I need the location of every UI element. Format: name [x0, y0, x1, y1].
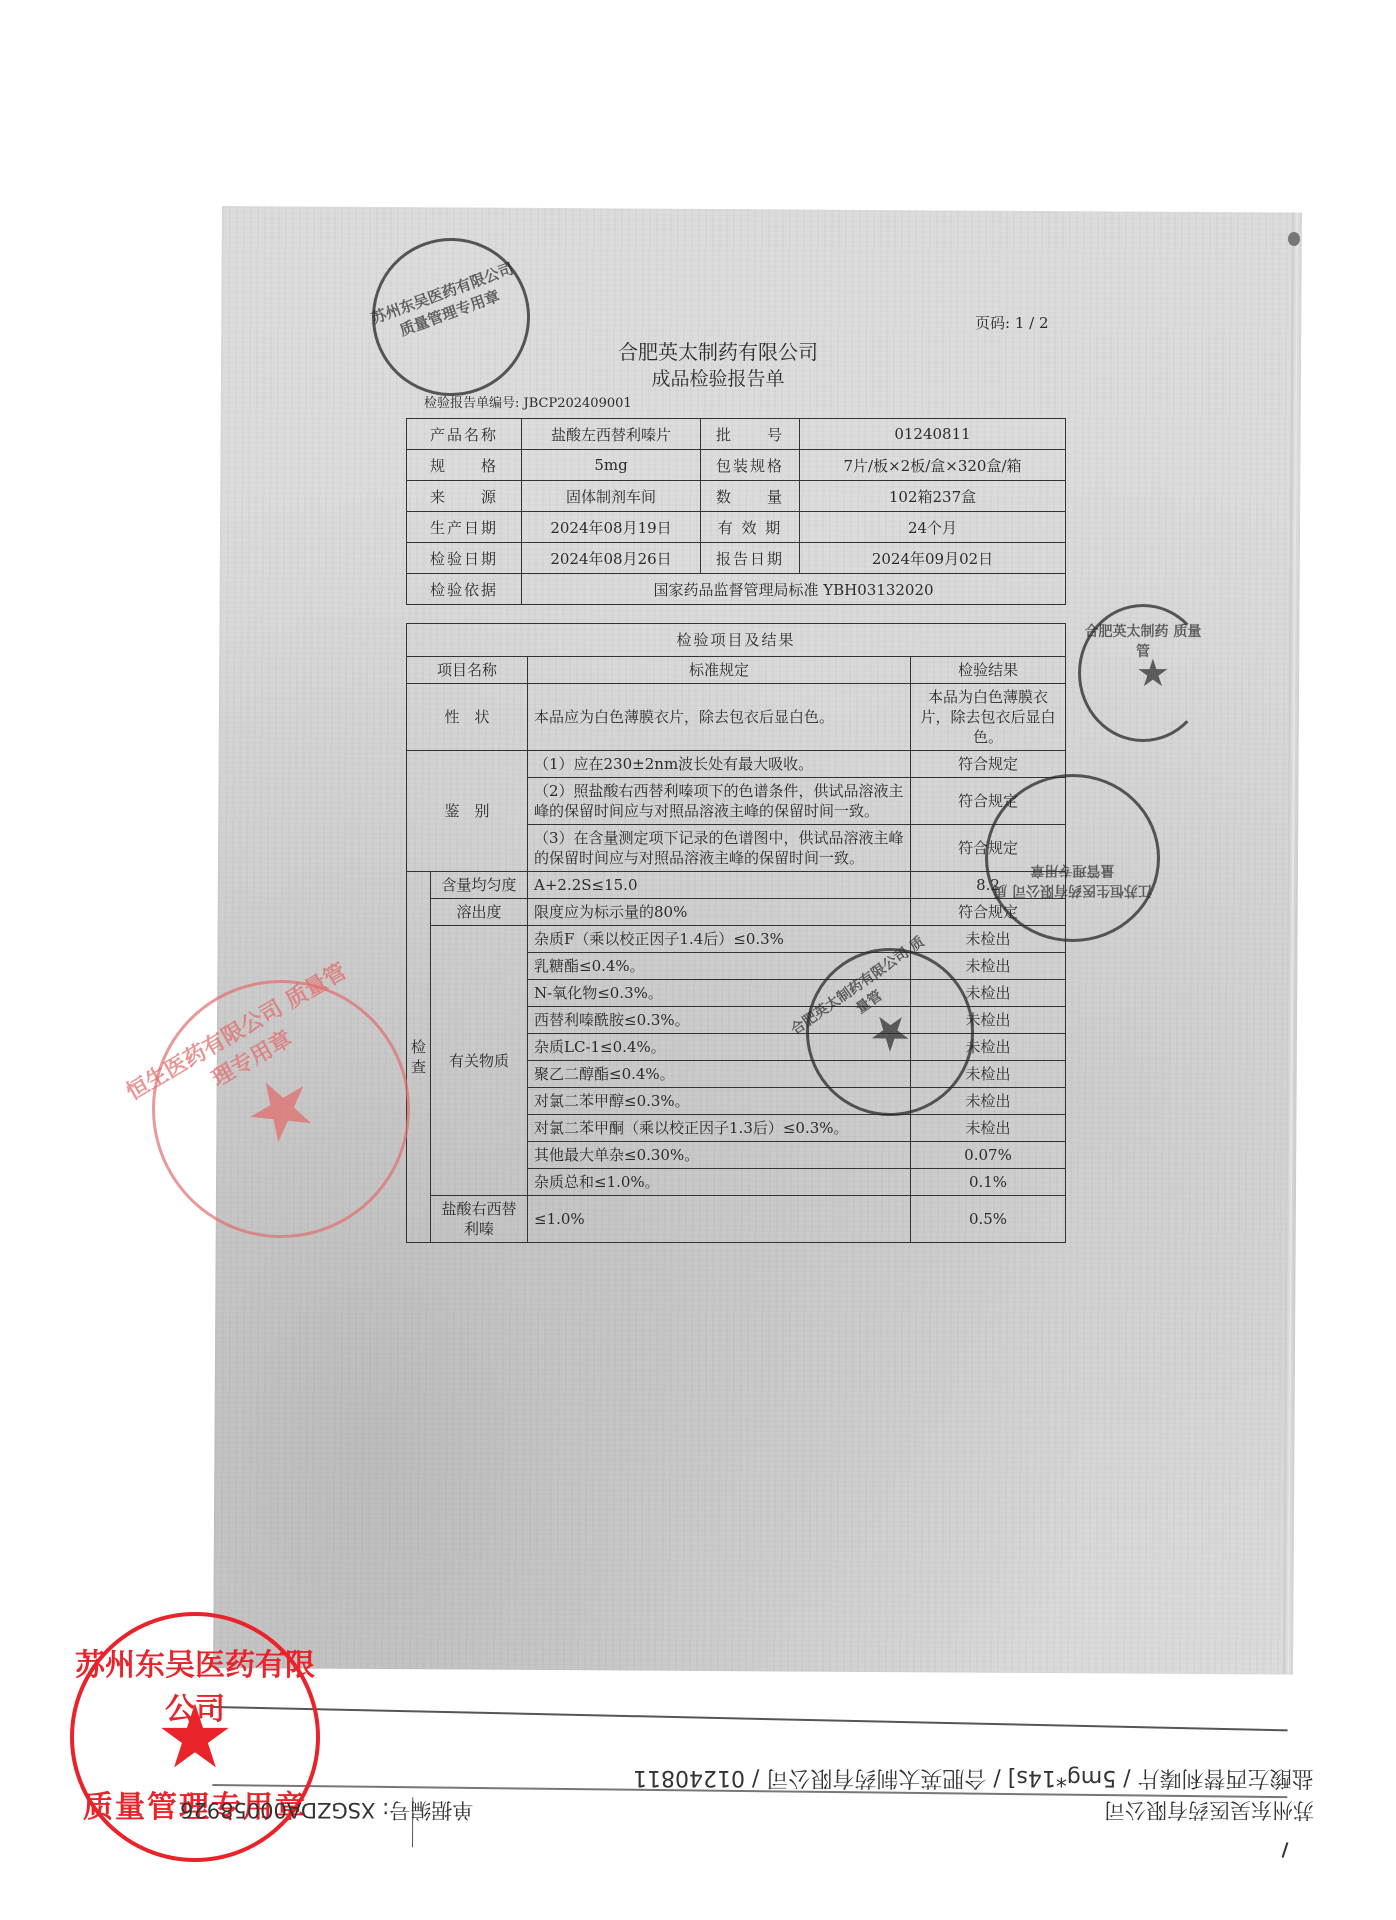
footer-company: 苏州东吴医药有限公司 — [1104, 1796, 1314, 1826]
standard: 限度应为标示量的80% — [528, 899, 911, 926]
company-name: 合肥英太制药有限公司 — [0, 336, 1396, 365]
info-value: 01240811 — [800, 419, 1066, 450]
section-title: 检验项目及结果 — [407, 624, 1066, 657]
info-label: 产品名称 — [407, 419, 522, 450]
scan-spot — [1288, 232, 1300, 246]
result: 0.5% — [911, 1196, 1066, 1243]
info-label: 有 效 期 — [701, 512, 800, 543]
standard: 对氯二苯甲酮（乘以校正因子1.3后）≤0.3%。 — [528, 1115, 911, 1142]
info-value: 盐酸左西替利嗪片 — [522, 419, 701, 450]
result: 本品为白色薄膜衣片，除去包衣后显白色。 — [911, 684, 1066, 751]
info-value: 2024年09月02日 — [800, 543, 1066, 574]
result: 0.1% — [911, 1169, 1066, 1196]
col-header-item: 项目名称 — [407, 657, 528, 684]
basis-value: 国家药品监督管理局标准 YBH03132020 — [522, 574, 1066, 605]
footer-doc-number: 单据编号: XSGZDA00058926 — [180, 1796, 473, 1826]
result: 0.07% — [911, 1142, 1066, 1169]
info-value: 固体制剂车间 — [522, 481, 701, 512]
info-row: 检验日期2024年08月26日报告日期2024年09月02日 — [407, 543, 1066, 574]
info-row: 规 格5mg包装规格7片/板×2板/盒×320盒/箱 — [407, 450, 1066, 481]
test-results-table: 检验项目及结果项目名称标准规定检验结果性 状本品应为白色薄膜衣片，除去包衣后显白… — [406, 623, 1066, 1243]
fold-line — [213, 1706, 1288, 1731]
check-label: 检查 — [407, 872, 431, 1243]
stamp-right-1: ★ 合肥英太制药 质量管 — [1078, 604, 1208, 742]
info-value: 7片/板×2板/盒×320盒/箱 — [800, 450, 1066, 481]
item-name: 性 状 — [407, 684, 528, 751]
item-name: 溶出度 — [430, 899, 527, 926]
info-value: 2024年08月19日 — [522, 512, 701, 543]
info-label: 检验日期 — [407, 543, 522, 574]
result: 符合规定 — [911, 751, 1066, 778]
standard: 本品应为白色薄膜衣片，除去包衣后显白色。 — [528, 684, 911, 751]
info-label: 生产日期 — [407, 512, 522, 543]
standard: （3）在含量测定项下记录的色谱图中，供试品溶液主峰的保留时间应与对照品溶液主峰的… — [528, 825, 911, 872]
info-label: 规 格 — [407, 450, 522, 481]
info-row: 产品名称盐酸左西替利嗪片批 号01240811 — [407, 419, 1066, 450]
info-label: 数 量 — [701, 481, 800, 512]
info-label: 批 号 — [701, 419, 800, 450]
stamp-right-2: 江苏恒生医药有限公司 质量管理专用章 — [985, 774, 1160, 942]
product-info-table: 产品名称盐酸左西替利嗪片批 号01240811规 格5mg包装规格7片/板×2板… — [406, 418, 1066, 605]
standard: 其他最大单杂≤0.30%。 — [528, 1142, 911, 1169]
standard: ≤1.0% — [528, 1196, 911, 1243]
item-name: 有关物质 — [430, 926, 527, 1196]
pen-mark — [1282, 1842, 1289, 1858]
info-label: 报告日期 — [701, 543, 800, 574]
info-row: 来 源固体制剂车间数 量102箱237盒 — [407, 481, 1066, 512]
standard: A+2.2S≤15.0 — [528, 872, 911, 899]
basis-label: 检验依据 — [407, 574, 522, 605]
info-value: 2024年08月26日 — [522, 543, 701, 574]
standard: 杂质F（乘以校正因子1.4后）≤0.3% — [528, 926, 911, 953]
col-header-standard: 标准规定 — [528, 657, 911, 684]
info-label: 来 源 — [407, 481, 522, 512]
standard: 杂质总和≤1.0%。 — [528, 1169, 911, 1196]
standard: （2）照盐酸右西替利嗪项下的色谱条件，供试品溶液主峰的保留时间应与对照品溶液主峰… — [528, 778, 911, 825]
info-value: 5mg — [522, 450, 701, 481]
info-label: 包装规格 — [701, 450, 800, 481]
scan-edge — [1283, 213, 1298, 1675]
col-header-result: 检验结果 — [911, 657, 1066, 684]
item-name: 含量均匀度 — [430, 872, 527, 899]
page-number: 页码: 1 / 2 — [975, 312, 1049, 333]
result: 未检出 — [911, 1115, 1066, 1142]
footer-product-line: 盐酸左西替利嗪片 / 5mg*14s] / 合肥英太制药有限公司 / 01240… — [633, 1764, 1314, 1795]
item-name: 鉴 别 — [407, 751, 528, 872]
info-row: 生产日期2024年08月19日有 效 期24个月 — [407, 512, 1066, 543]
standard: （1）应在230±2nm波长处有最大吸收。 — [528, 751, 911, 778]
document-title: 成品检验报告单 — [0, 364, 1396, 391]
info-value: 102箱237盒 — [800, 481, 1066, 512]
info-value: 24个月 — [800, 512, 1066, 543]
item-name: 盐酸右西替利嗪 — [430, 1196, 527, 1243]
